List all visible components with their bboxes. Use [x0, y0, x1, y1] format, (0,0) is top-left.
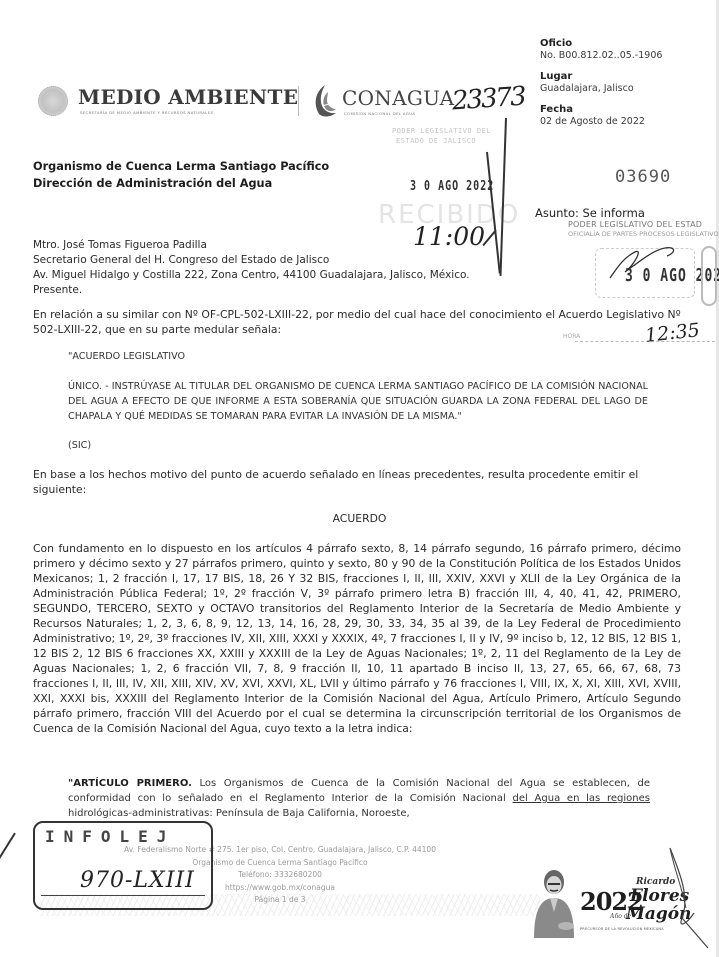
national-seal-icon: [38, 86, 68, 116]
handwritten-arrow-stroke: [0, 833, 15, 893]
paragraph-fundamento: Con fundamento en lo dispuesto en los ar…: [33, 541, 681, 736]
handwritten-infolej-number: 970-LXIII: [80, 868, 195, 893]
articulo-label: "ARTÍCULO PRIMERO.: [68, 778, 192, 789]
document-page: Oficio No. B00.812.02..05.-1906 Lugar Gu…: [0, 0, 719, 957]
lugar-value: Guadalajara, Jalisco: [540, 83, 715, 95]
quote-title: "ACUERDO LEGISLATIVO: [68, 349, 648, 364]
infolej-underline: [41, 895, 205, 896]
infolej-stamp: INFOLEJ: [33, 821, 213, 910]
medio-ambiente-subtitle: SECRETARÍA DE MEDIO AMBIENTE Y RECURSOS …: [80, 110, 213, 115]
quote-body: ÚNICO. - INSTRÚYASE AL TITULAR DEL ORGAN…: [68, 379, 648, 424]
year-badge-flores-magon: 2022 Ricardo Flores Año de Magón PRECURS…: [528, 860, 668, 945]
conagua-subtitle: COMISIÓN NACIONAL DEL AGUA: [344, 111, 415, 116]
fecha-label: Fecha: [540, 104, 715, 116]
receipt-stamp-date-1: 3 0 AGO 2022: [410, 179, 494, 193]
infolej-title: INFOLEJ: [45, 827, 175, 846]
medio-ambiente-logo: MEDIO AMBIENTE: [78, 85, 298, 109]
recipient-name: Mtro. José Tomas Figueroa Padilla: [33, 238, 470, 253]
sender-organism: Organismo de Cuenca Lerma Santiago Pacíf…: [33, 158, 329, 175]
handwritten-control-number: 23373: [451, 82, 526, 117]
oficio-value: No. B00.812.02..05.-1906: [540, 50, 715, 62]
year-badge-subtitle: PRECURSOR DE LA REVOLUCIÓN MEXICANA: [580, 927, 664, 931]
recipient-greeting: Presente.: [33, 283, 470, 298]
receipt-stamp-header-2: ESTADO DE JALISCO: [396, 137, 476, 145]
receipt-stamp-header-1: PODER LEGISLATIVO DEL: [392, 127, 491, 135]
paragraph-relacion: En relación a su similar con Nº OF-CPL-5…: [33, 307, 681, 337]
stamp-poder-legislativo: PODER LEGISLATIVO DEL ESTAD: [568, 220, 702, 229]
conagua-logo: CONAGUA: [342, 86, 454, 110]
acuerdo-heading: ACUERDO: [0, 512, 719, 525]
quote-sic: (SIC): [68, 438, 648, 453]
articulo-text-2: hidrológicas-administrativas: Península …: [68, 808, 410, 819]
legislative-receipt-stamp: PODER LEGISLATIVO DEL ESTAD OFICIALÍA DE…: [565, 220, 719, 320]
lugar-label: Lugar: [540, 71, 715, 83]
quote-articulo-primero: "ARTÍCULO PRIMERO. Los Organismos de Cue…: [68, 776, 650, 821]
subject-line: Asunto: Se informa: [535, 206, 645, 220]
recipient-block: Mtro. José Tomas Figueroa Padilla Secret…: [33, 238, 470, 298]
conagua-wave-icon: [311, 84, 337, 118]
document-meta: Oficio No. B00.812.02..05.-1906 Lugar Gu…: [540, 38, 715, 137]
flores-magon-portrait-icon: [528, 868, 576, 938]
fecha-value: 02 de Agosto de 2022: [540, 116, 715, 128]
paragraph-base: En base a los hechos motivo del punto de…: [33, 467, 681, 497]
recipient-title: Secretario General del H. Congreso del E…: [33, 253, 470, 268]
stamp-oficialia: OFICIALÍA DE PARTES PROCESOS LEGISLATIVO…: [568, 230, 719, 238]
sender-block: Organismo de Cuenca Lerma Santiago Pacíf…: [33, 158, 329, 192]
articulo-text-underlined: del Agua en las regiones: [513, 793, 650, 804]
folio-number: 03690: [615, 167, 671, 187]
recipient-address: Av. Miguel Hidalgo y Costilla 222, Zona …: [33, 268, 470, 283]
oficio-label: Oficio: [540, 38, 715, 50]
signature-stroke: [499, 118, 506, 276]
header-logos: MEDIO AMBIENTE SECRETARÍA DE MEDIO AMBIE…: [38, 84, 508, 124]
logo-divider: [298, 86, 299, 116]
sender-direction: Dirección de Administración del Agua: [33, 175, 329, 192]
signature-right-icon: [660, 843, 719, 953]
stamp-frame-element: [701, 246, 717, 306]
